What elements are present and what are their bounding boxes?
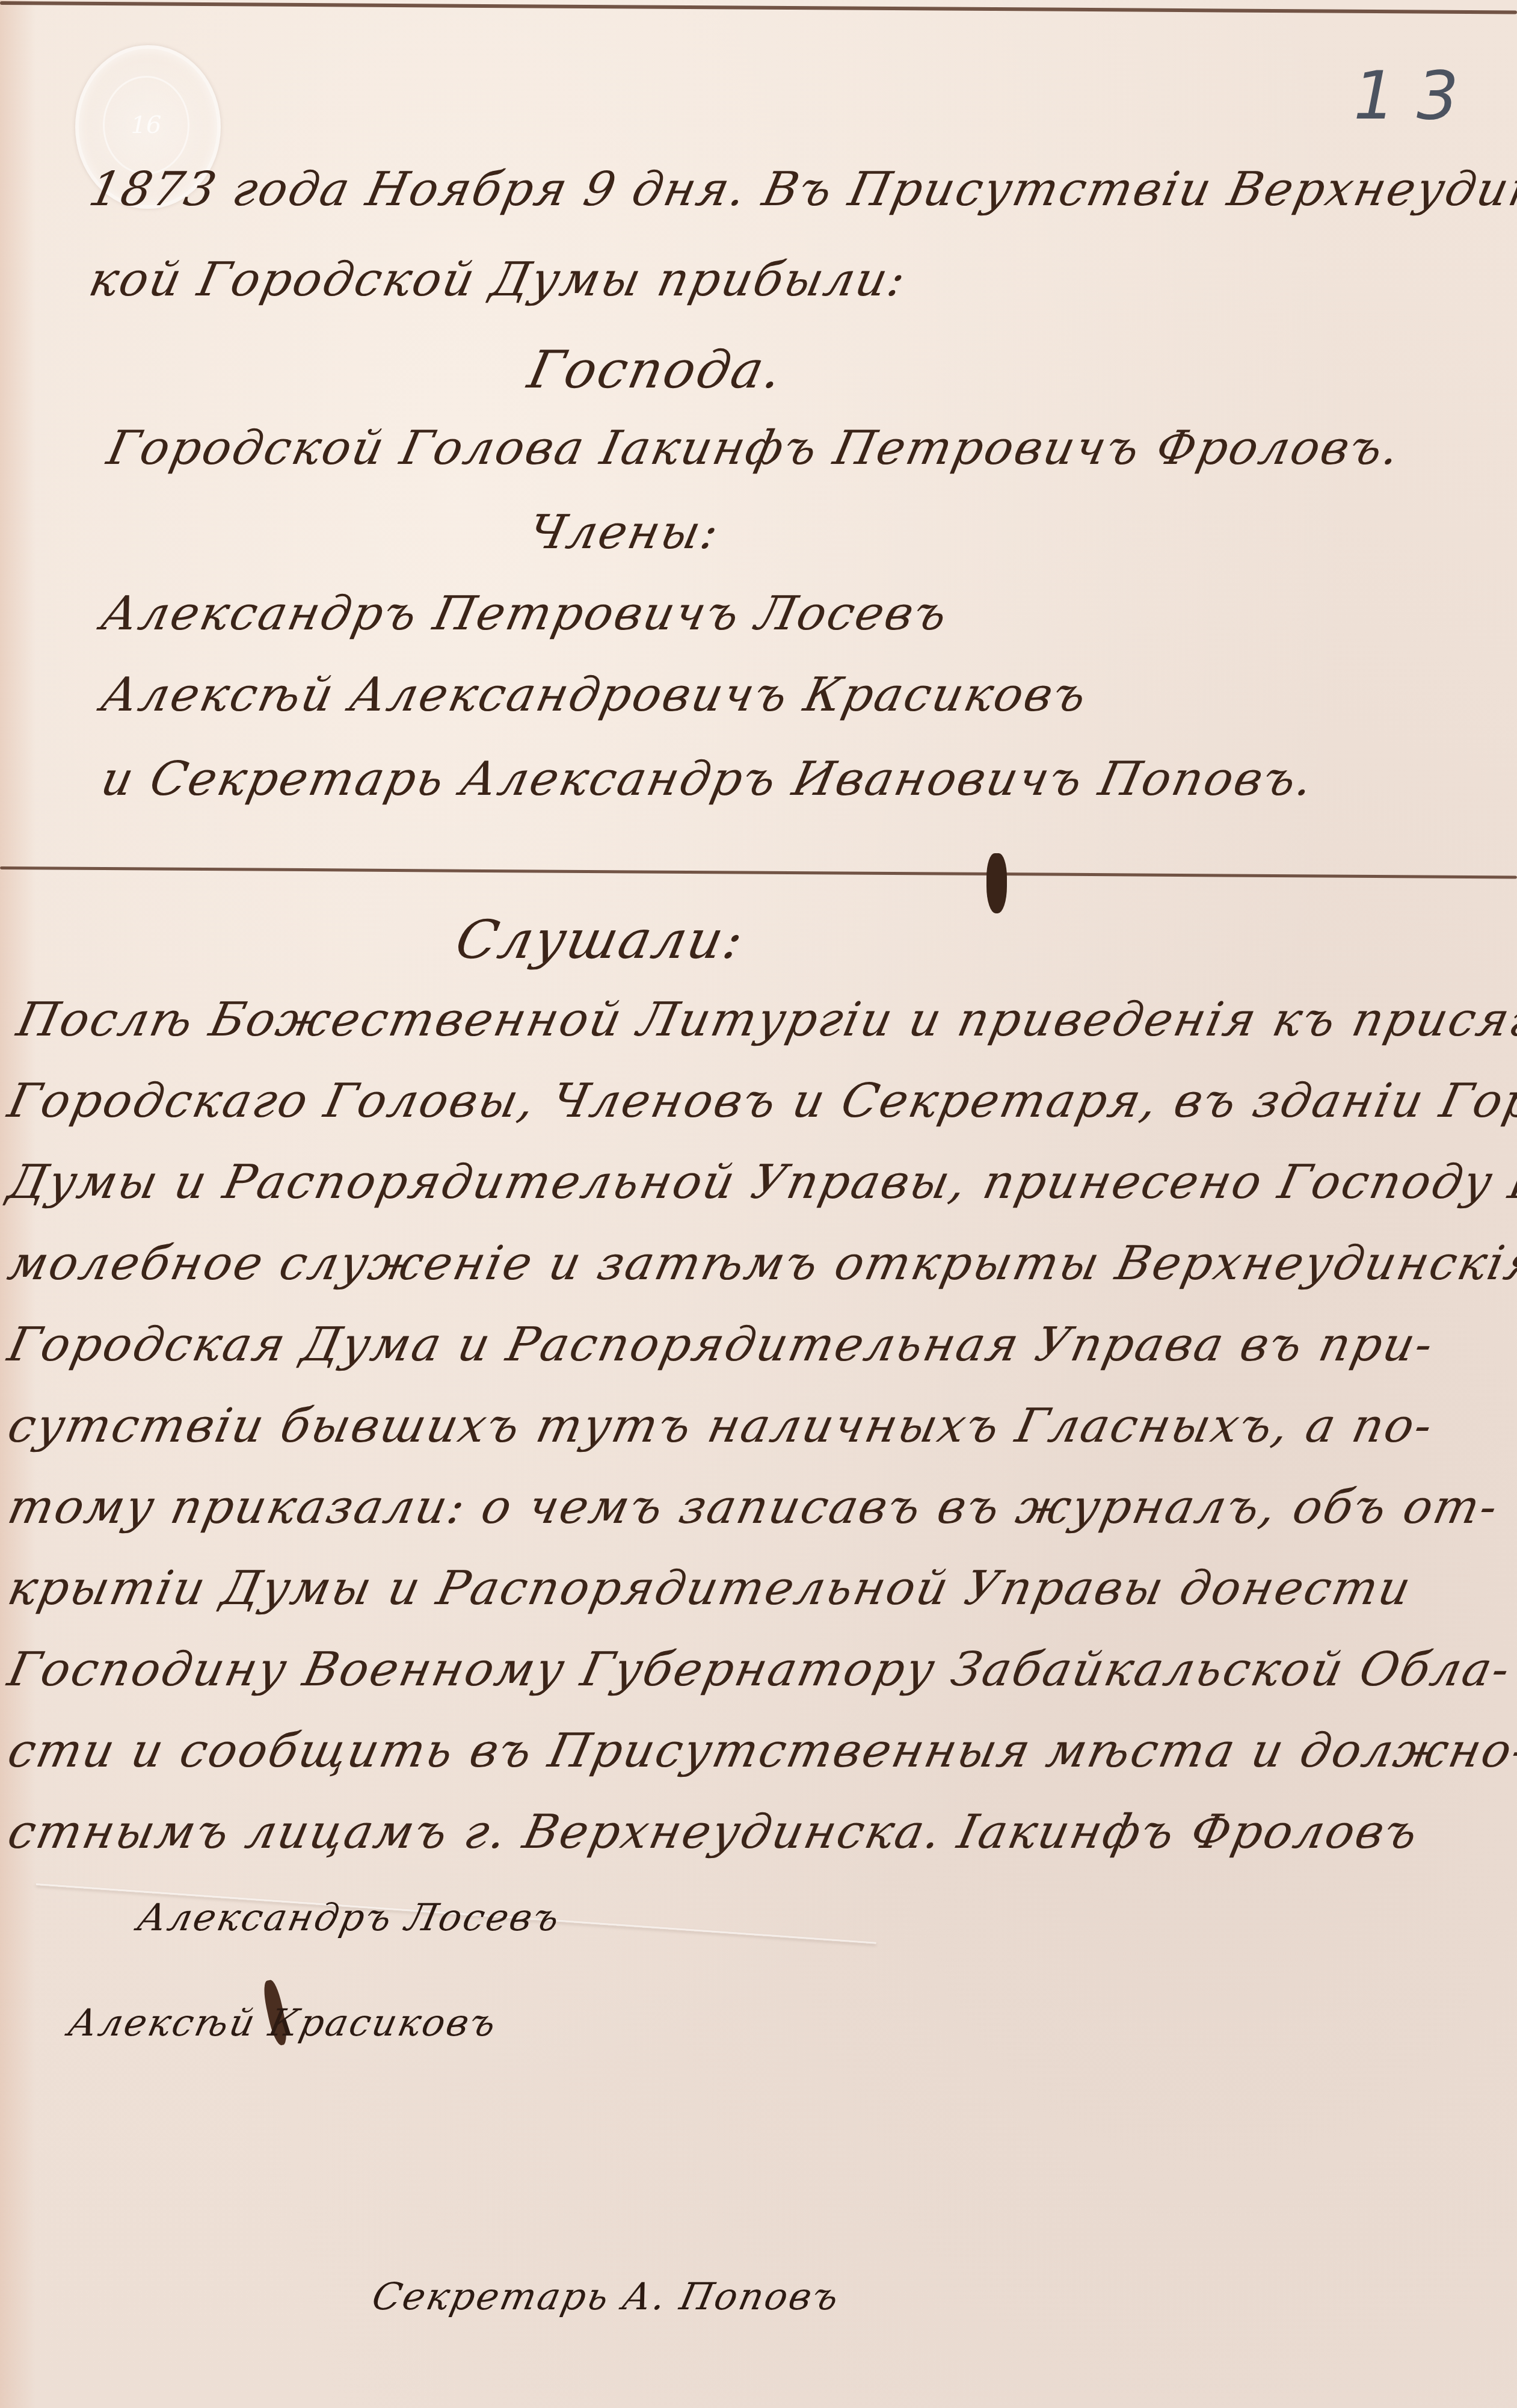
body-line: сти и сообщить въ Присутственныя мѣста и… (3, 1724, 1517, 1778)
mayor-line: Городской Голова Іакинфъ Петровичъ Фроло… (102, 421, 1406, 475)
body-line: Городскаго Головы, Членовъ и Секретаря, … (3, 1074, 1517, 1128)
body-line: Думы и Распорядительной Управы, принесен… (3, 1155, 1517, 1209)
attendees-heading: Господа. (523, 340, 789, 400)
body-line: крытіи Думы и Распорядительной Управы до… (3, 1561, 1417, 1616)
body-line: Городская Дума и Распорядительная Управа… (3, 1318, 1439, 1372)
section-heading: Слушали: (451, 909, 750, 971)
document-page: 16 13 1873 года Ноября 9 дня. Въ Присутс… (0, 0, 1517, 2408)
signature-krasikov: Алексѣй Красиковъ (64, 2001, 502, 2045)
member-line: Александръ Петровичъ Лосевъ (96, 587, 953, 641)
body-line: Господину Военному Губернатору Забайкаль… (3, 1643, 1516, 1697)
header-line-1: 1873 года Ноября 9 дня. Въ Присутствіи В… (84, 162, 1517, 217)
header-line-2: кой Городской Думы прибыли: (84, 253, 911, 307)
members-heading: Члены: (523, 505, 724, 560)
body-line: молебное служеніе и затѣмъ открыты Верхн… (3, 1236, 1517, 1291)
body-line: стнымъ лицамъ г. Верхнеудинска. Іакинфъ … (3, 1805, 1424, 1859)
top-ruled-line (0, 1, 1517, 14)
section-divider-line (0, 866, 1517, 878)
signature-popov: Секретарь А. Поповъ (368, 2274, 844, 2318)
folio-number: 13 (1353, 57, 1480, 134)
ink-blot (986, 853, 1007, 913)
secretary-line: и Секретарь Александръ Ивановичъ Поповъ. (96, 752, 1319, 806)
signature-losev: Александръ Лосевъ (134, 1895, 565, 1939)
seal-mark: 16 (103, 76, 189, 174)
body-line: сутствіи бывшихъ тутъ наличныхъ Гласныхъ… (3, 1399, 1438, 1453)
member-line: Алексѣй Александровичъ Красиковъ (96, 668, 1092, 722)
body-line: Послѣ Божественной Литургіи и приведенія… (12, 993, 1517, 1047)
body-line: тому приказали: о чемъ записавъ въ журна… (3, 1480, 1504, 1534)
